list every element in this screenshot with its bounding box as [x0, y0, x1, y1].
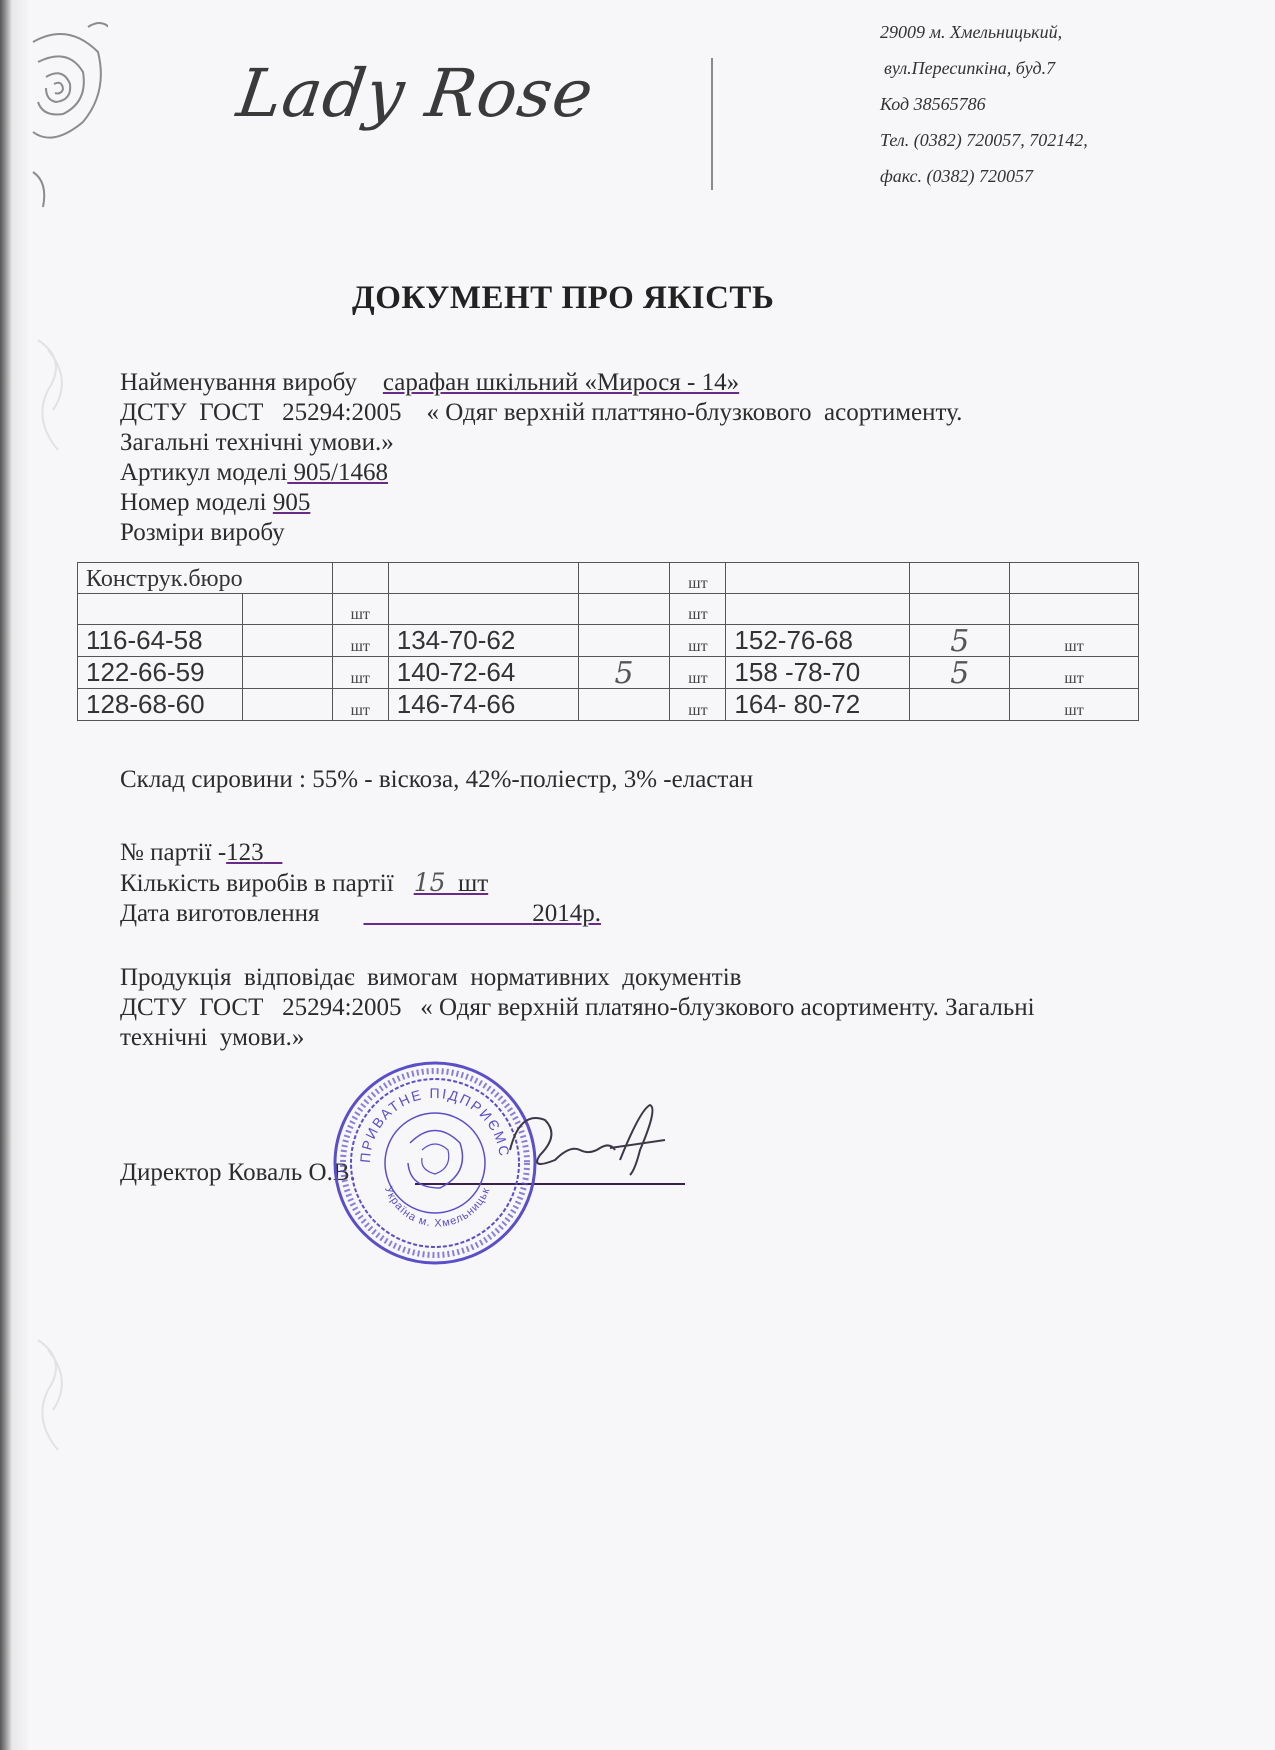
header-label: Конструк.бюро: [78, 563, 333, 594]
manufacture-date-row: Дата виготовлення 2014р.: [120, 899, 601, 929]
batch-number-value: 123: [226, 839, 264, 866]
unit-cell: шт: [332, 689, 388, 721]
header-divider: [711, 58, 713, 190]
address-line-2: вул.Пересипкіна, буд.7: [880, 50, 1088, 86]
table-row: шт шт: [78, 594, 1139, 625]
quantity-cell: [242, 657, 332, 689]
quantity-cell: 5: [578, 657, 670, 689]
address-line-1: 29009 м. Хмельницький,: [880, 14, 1088, 50]
faint-rose-watermark-icon: [28, 1330, 88, 1460]
quantity-cell: [910, 689, 1010, 721]
quantity-cell: 5: [910, 625, 1010, 657]
unit-cell: шт: [670, 689, 726, 721]
table-row: 128-68-60 шт 146-74-66 шт 164- 80-72 шт: [78, 689, 1139, 721]
quantity-cell: [578, 689, 670, 721]
director-signature-label: Директор Коваль О.В.: [120, 1158, 356, 1188]
size-cell: 116-64-58: [78, 625, 243, 657]
product-name-row: Найменування виробусарафан шкільний «Мир…: [120, 368, 962, 398]
manufacture-date-label: Дата виготовлення: [120, 900, 319, 927]
batch-quantity-row: Кількість виробів в партії15 шт: [120, 868, 601, 899]
signature-icon: [500, 1100, 670, 1180]
unit-cell: шт: [670, 657, 726, 689]
model-row: Номер моделі 905: [120, 488, 962, 518]
model-value: 905: [273, 489, 311, 516]
composition: Склад сировини : 55% - віскоза, 42%-полі…: [120, 765, 753, 795]
manufacture-date-value: 2014р.: [532, 900, 601, 927]
quantity-cell: [242, 625, 332, 657]
unit-cell: шт: [332, 594, 388, 625]
quantity-cell: [578, 625, 670, 657]
table-row: 122-66-59 шт 140-72-64 5 шт 158 -78-70 5…: [78, 657, 1139, 689]
size-cell: 140-72-64: [388, 657, 578, 689]
size-table: Конструк.бюро шт шт шт 116-64-58 шт 134-…: [77, 562, 1139, 721]
compliance-statement: Продукція відповідає вимогам нормативних…: [120, 963, 1035, 1053]
fax: факс. (0382) 720057: [880, 158, 1088, 194]
size-cell: 134-70-62: [388, 625, 578, 657]
size-cell: 146-74-66: [388, 689, 578, 721]
scan-page-edge: [0, 0, 28, 1750]
unit-cell: шт: [670, 625, 726, 657]
compliance-line-3: технічні умови.»: [120, 1023, 1035, 1053]
rose-ornament-icon: [28, 22, 108, 212]
size-cell: 152-76-68: [726, 625, 910, 657]
batch-quantity-value: 15: [414, 868, 446, 897]
phone: Тел. (0382) 720057, 702142,: [880, 122, 1088, 158]
unit-cell: шт: [1010, 657, 1139, 689]
unit-cell: шт: [332, 657, 388, 689]
standard-line-2: Загальні технічні умови.»: [120, 428, 962, 458]
article-label: Артикул моделі: [120, 459, 287, 486]
article-value: 905/1468: [294, 459, 388, 486]
sizes-label: Розміри виробу: [120, 518, 962, 548]
batch-quantity-label: Кількість виробів в партії: [120, 870, 394, 897]
table-row: 116-64-58 шт 134-70-62 шт 152-76-68 5 шт: [78, 625, 1139, 657]
unit-cell: шт: [1010, 625, 1139, 657]
batch-number-row: № партії -123: [120, 838, 601, 868]
standard-line-1: ДСТУ ГОСТ 25294:2005 « Одяг верхній плат…: [120, 398, 962, 428]
unit-cell: шт: [670, 594, 726, 625]
company-code: Код 38565786: [880, 86, 1088, 122]
product-details: Найменування виробусарафан шкільний «Мир…: [120, 368, 962, 548]
unit-cell: шт: [670, 563, 726, 594]
size-cell: 128-68-60: [78, 689, 243, 721]
quantity-cell: [242, 689, 332, 721]
faint-rose-watermark-icon: [28, 330, 88, 460]
brand-logo: Lady Rose: [233, 55, 599, 132]
svg-text:ПРИВАТНЕ ПІДПРИЄМСТВО: ПРИВАТНЕ ПІДПРИЄМСТВО: [330, 1058, 513, 1163]
model-label: Номер моделі: [120, 489, 267, 516]
size-cell: 122-66-59: [78, 657, 243, 689]
table-header-row: Конструк.бюро шт: [78, 563, 1139, 594]
product-name-label: Найменування виробу: [120, 369, 357, 396]
compliance-line-2: ДСТУ ГОСТ 25294:2005 « Одяг верхній плат…: [120, 993, 1035, 1023]
compliance-line-1: Продукція відповідає вимогам нормативних…: [120, 963, 1035, 993]
unit-cell: шт: [1010, 689, 1139, 721]
size-cell: 164- 80-72: [726, 689, 910, 721]
article-row: Артикул моделі 905/1468: [120, 458, 962, 488]
document-title: ДОКУМЕНТ ПРО ЯКІСТЬ: [352, 280, 774, 317]
unit-cell: шт: [332, 625, 388, 657]
batch-info: № партії -123 Кількість виробів в партії…: [120, 838, 601, 929]
company-contacts: 29009 м. Хмельницький, вул.Пересипкіна, …: [880, 14, 1088, 194]
batch-number-label: № партії -: [120, 839, 226, 866]
product-name-value: сарафан шкільний «Мирося - 14»: [383, 369, 739, 396]
quantity-cell: 5: [910, 657, 1010, 689]
size-cell: 158 -78-70: [726, 657, 910, 689]
batch-quantity-unit: шт: [458, 870, 488, 897]
